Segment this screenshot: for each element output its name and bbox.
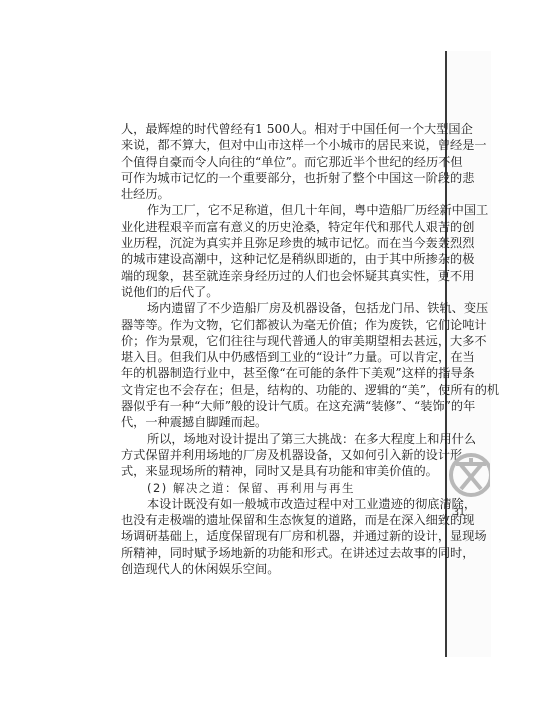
- text-line: 可作为城市记忆的一个重要部分，也折射了整个中国这一阶段的悲: [121, 170, 423, 186]
- text-line: 价；作为景观，它们往往与现代普通人的审美期望相去甚远，大多不: [121, 333, 423, 349]
- text-line: 器似乎有一种“大师”般的设计气质。在这充满“装修”、“装饰”的年: [121, 398, 423, 414]
- text-line: 作为工厂，它不足称道，但几十年间，粤中造船厂历经新中国工: [121, 202, 423, 218]
- text-line: 也没有走极端的遗址保留和生态恢复的道路，而是在深入细致的现: [121, 512, 423, 528]
- text-line: 所精神，同时赋予场地新的功能和形式。在讲述过去故事的同时，: [121, 545, 423, 561]
- text-line: 所以，场地对设计提出了第三大挑战：在多大程度上和用什么: [121, 431, 423, 447]
- text-line: 堪入目。但我们从中仍感悟到工业的“设计”力量。可以肯定，在当: [121, 349, 423, 365]
- circle-wen-emblem-icon: [448, 452, 490, 498]
- text-line: 创造现代人的休闲娱乐空间。: [121, 561, 423, 577]
- text-line: 年的机器制造行业中，甚至像“在可能的条件下美观”这样的指导条: [121, 365, 423, 381]
- text-line: 器等等。作为文物，它们都被认为毫无价值；作为废铁，它们论吨计: [121, 317, 423, 333]
- text-line: 文肯定也不会存在；但是，结构的、功能的、逻辑的“美”，使所有的机: [121, 382, 423, 398]
- text-line: 业化进程艰辛而富有意义的历史沧桑，特定年代和那代人艰苦的创: [121, 219, 423, 235]
- text-line: 本设计既没有如一般城市改造过程中对工业遗迹的彻底清除，: [121, 496, 423, 512]
- section-heading: (2) 解决之道：保留、再利用与再生: [121, 480, 423, 496]
- text-line: 业历程，沉淀为真实并且弥足珍贵的城市记忆。而在当今轰轰烈烈: [121, 235, 423, 251]
- text-line: 方式保留并利用场地的厂房及机器设备，又如何引入新的设计形: [121, 447, 423, 463]
- text-line: 的城市建设高潮中，这种记忆是稍纵即逝的，由于其中所掺杂的极: [121, 251, 423, 267]
- book-page: 人，最辉煌的时代曾经有1 500人。相对于中国任何一个大型国企 来说，都不算大，…: [0, 0, 550, 711]
- text-line: 来说，都不算大，但对中山市这样一个小城市的居民来说，曾经是一: [121, 137, 423, 153]
- text-line: 人，最辉煌的时代曾经有1 500人。相对于中国任何一个大型国企: [121, 121, 423, 137]
- page-number: 31: [453, 507, 465, 518]
- text-line: 场内遗留了不少造船厂房及机器设备，包括龙门吊、铁轨、变压: [121, 300, 423, 316]
- text-line: 个值得自豪而令人向往的“单位”。而它那近半个世纪的经历不但: [121, 154, 423, 170]
- body-text: 人，最辉煌的时代曾经有1 500人。相对于中国任何一个大型国企 来说，都不算大，…: [121, 121, 423, 577]
- text-line: 代，一种震撼自脚踵而起。: [121, 414, 423, 430]
- text-line: 端的现象，甚至就连亲身经历过的人们也会怀疑其真实性，更不用: [121, 268, 423, 284]
- text-line: 说他们的后代了。: [121, 284, 423, 300]
- text-line: 式，来显现场所的精神，同时又是具有功能和审美价值的。: [121, 463, 423, 479]
- text-line: 场调研基础上，适度保留现有厂房和机器，并通过新的设计，显现场: [121, 528, 423, 544]
- text-line: 壮经历。: [121, 186, 423, 202]
